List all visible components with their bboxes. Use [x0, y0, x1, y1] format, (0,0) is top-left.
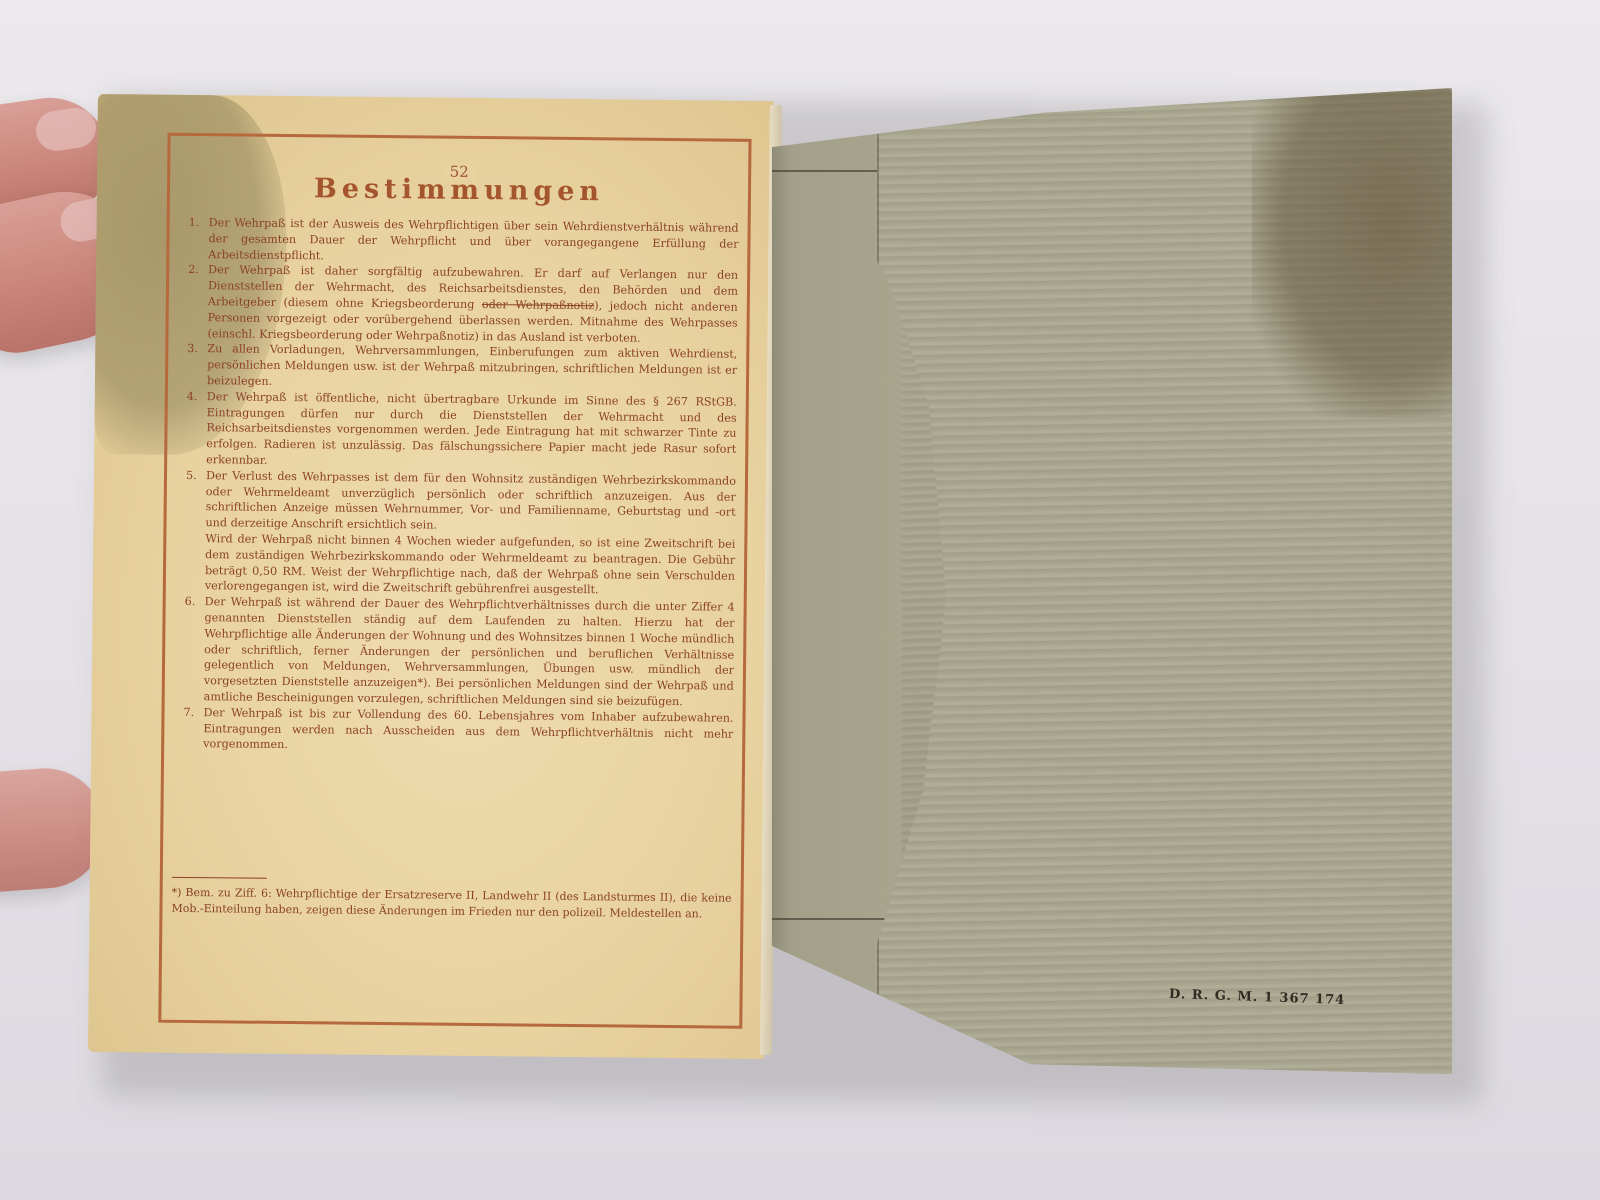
footnote: *) Bem. zu Ziff. 6: Wehrpflichtige der E… [171, 885, 731, 922]
left-page: 52 Bestimmungen 1. Der Wehrpaß ist der A… [88, 94, 774, 1059]
struck-text: oder Wehrpaßnotiz [482, 298, 594, 312]
rule-4: 4. Der Wehrpaß ist öffentliche, nicht üb… [186, 389, 737, 474]
rule-3: 3. Zu allen Vorladungen, Wehrversammlung… [187, 341, 737, 394]
rule-1: 1. Der Wehrpaß ist der Ausweis des Wehrp… [188, 215, 738, 268]
cover-water-stain [1252, 88, 1452, 418]
rule-6: 6. Der Wehrpaß ist während der Dauer des… [184, 594, 735, 710]
thumbnail [34, 105, 99, 153]
photo-scene: 52 Bestimmungen 1. Der Wehrpaß ist der A… [0, 0, 1600, 1200]
inside-cover: D. R. G. M. 1 367 174 [772, 88, 1452, 1074]
rule-7: 7. Der Wehrpaß ist bis zur Vollendung de… [183, 705, 733, 758]
rules-list: 1. Der Wehrpaß ist der Ausweis des Wehrp… [183, 215, 739, 758]
rule-5: 5. Der Verlust des Wehrpasses ist dem fü… [185, 468, 736, 600]
page-heading: Bestimmungen [167, 172, 751, 209]
patent-stamp: D. R. G. M. 1 367 174 [1169, 987, 1346, 1008]
rule-2: 2. Der Wehrpaß ist daher sorgfältig aufz… [187, 262, 738, 347]
